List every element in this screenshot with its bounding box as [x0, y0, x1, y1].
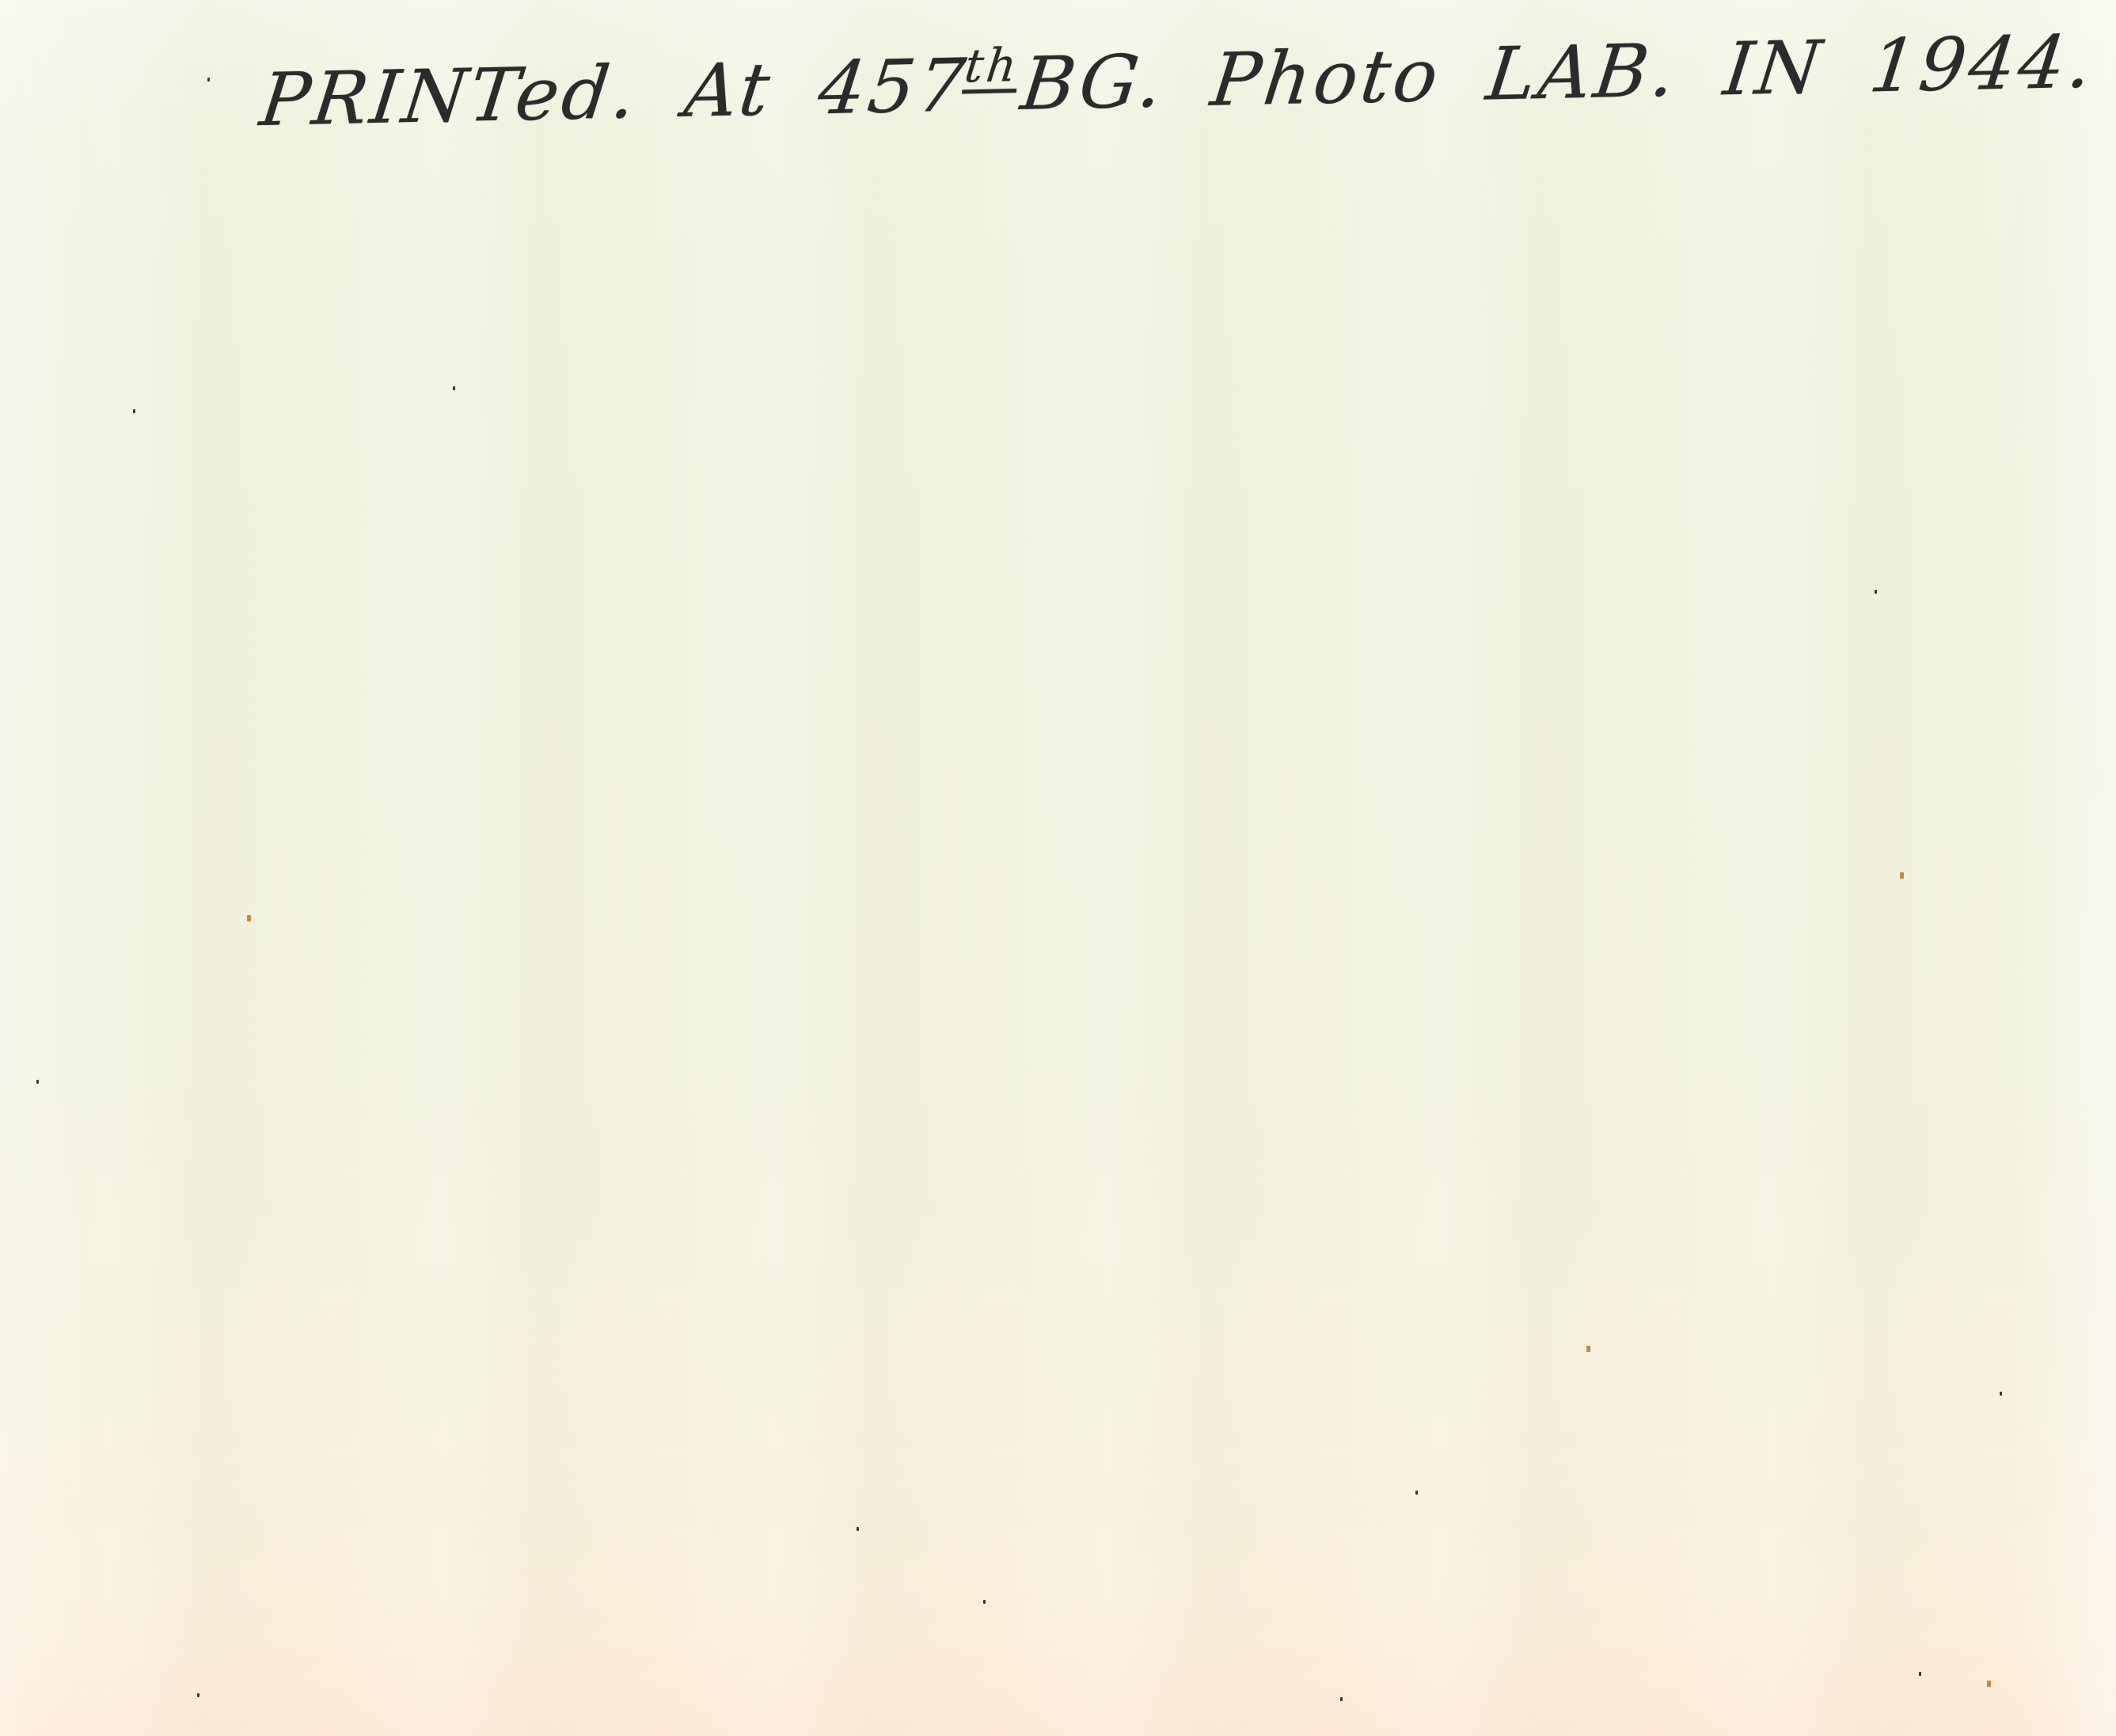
- paper-speck: [1919, 1672, 1921, 1676]
- paper-speck: [197, 1693, 199, 1697]
- paper-speck: [133, 409, 135, 413]
- paper-speck: [857, 1527, 859, 1531]
- paper-speck: [1875, 590, 1877, 594]
- paper-foxing-mark: [1900, 872, 1904, 879]
- paper-foxing-mark: [247, 915, 251, 921]
- paper-speck: [1340, 1697, 1343, 1701]
- paper-speck: [1415, 1491, 1418, 1495]
- photo-back-paper: PRINTed. At 457thBG. Photo LAB. IN 1944.: [0, 0, 2116, 1736]
- paper-foxing-mark: [1987, 1681, 1991, 1687]
- paper-speck: [453, 386, 455, 390]
- note-part-1: PRINTed. At 457: [256, 43, 972, 142]
- paper-speck: [207, 78, 210, 82]
- paper-speck: [2000, 1392, 2002, 1396]
- handwritten-note: PRINTed. At 457thBG. Photo LAB. IN 1944.: [256, 15, 2100, 142]
- note-part-2: BG. Photo LAB. IN 1944.: [1016, 19, 2099, 127]
- paper-foxing-mark: [1586, 1346, 1590, 1352]
- note-ordinal-suffix: th: [962, 38, 1023, 93]
- paper-speck: [983, 1600, 986, 1604]
- paper-speck: [36, 1080, 39, 1084]
